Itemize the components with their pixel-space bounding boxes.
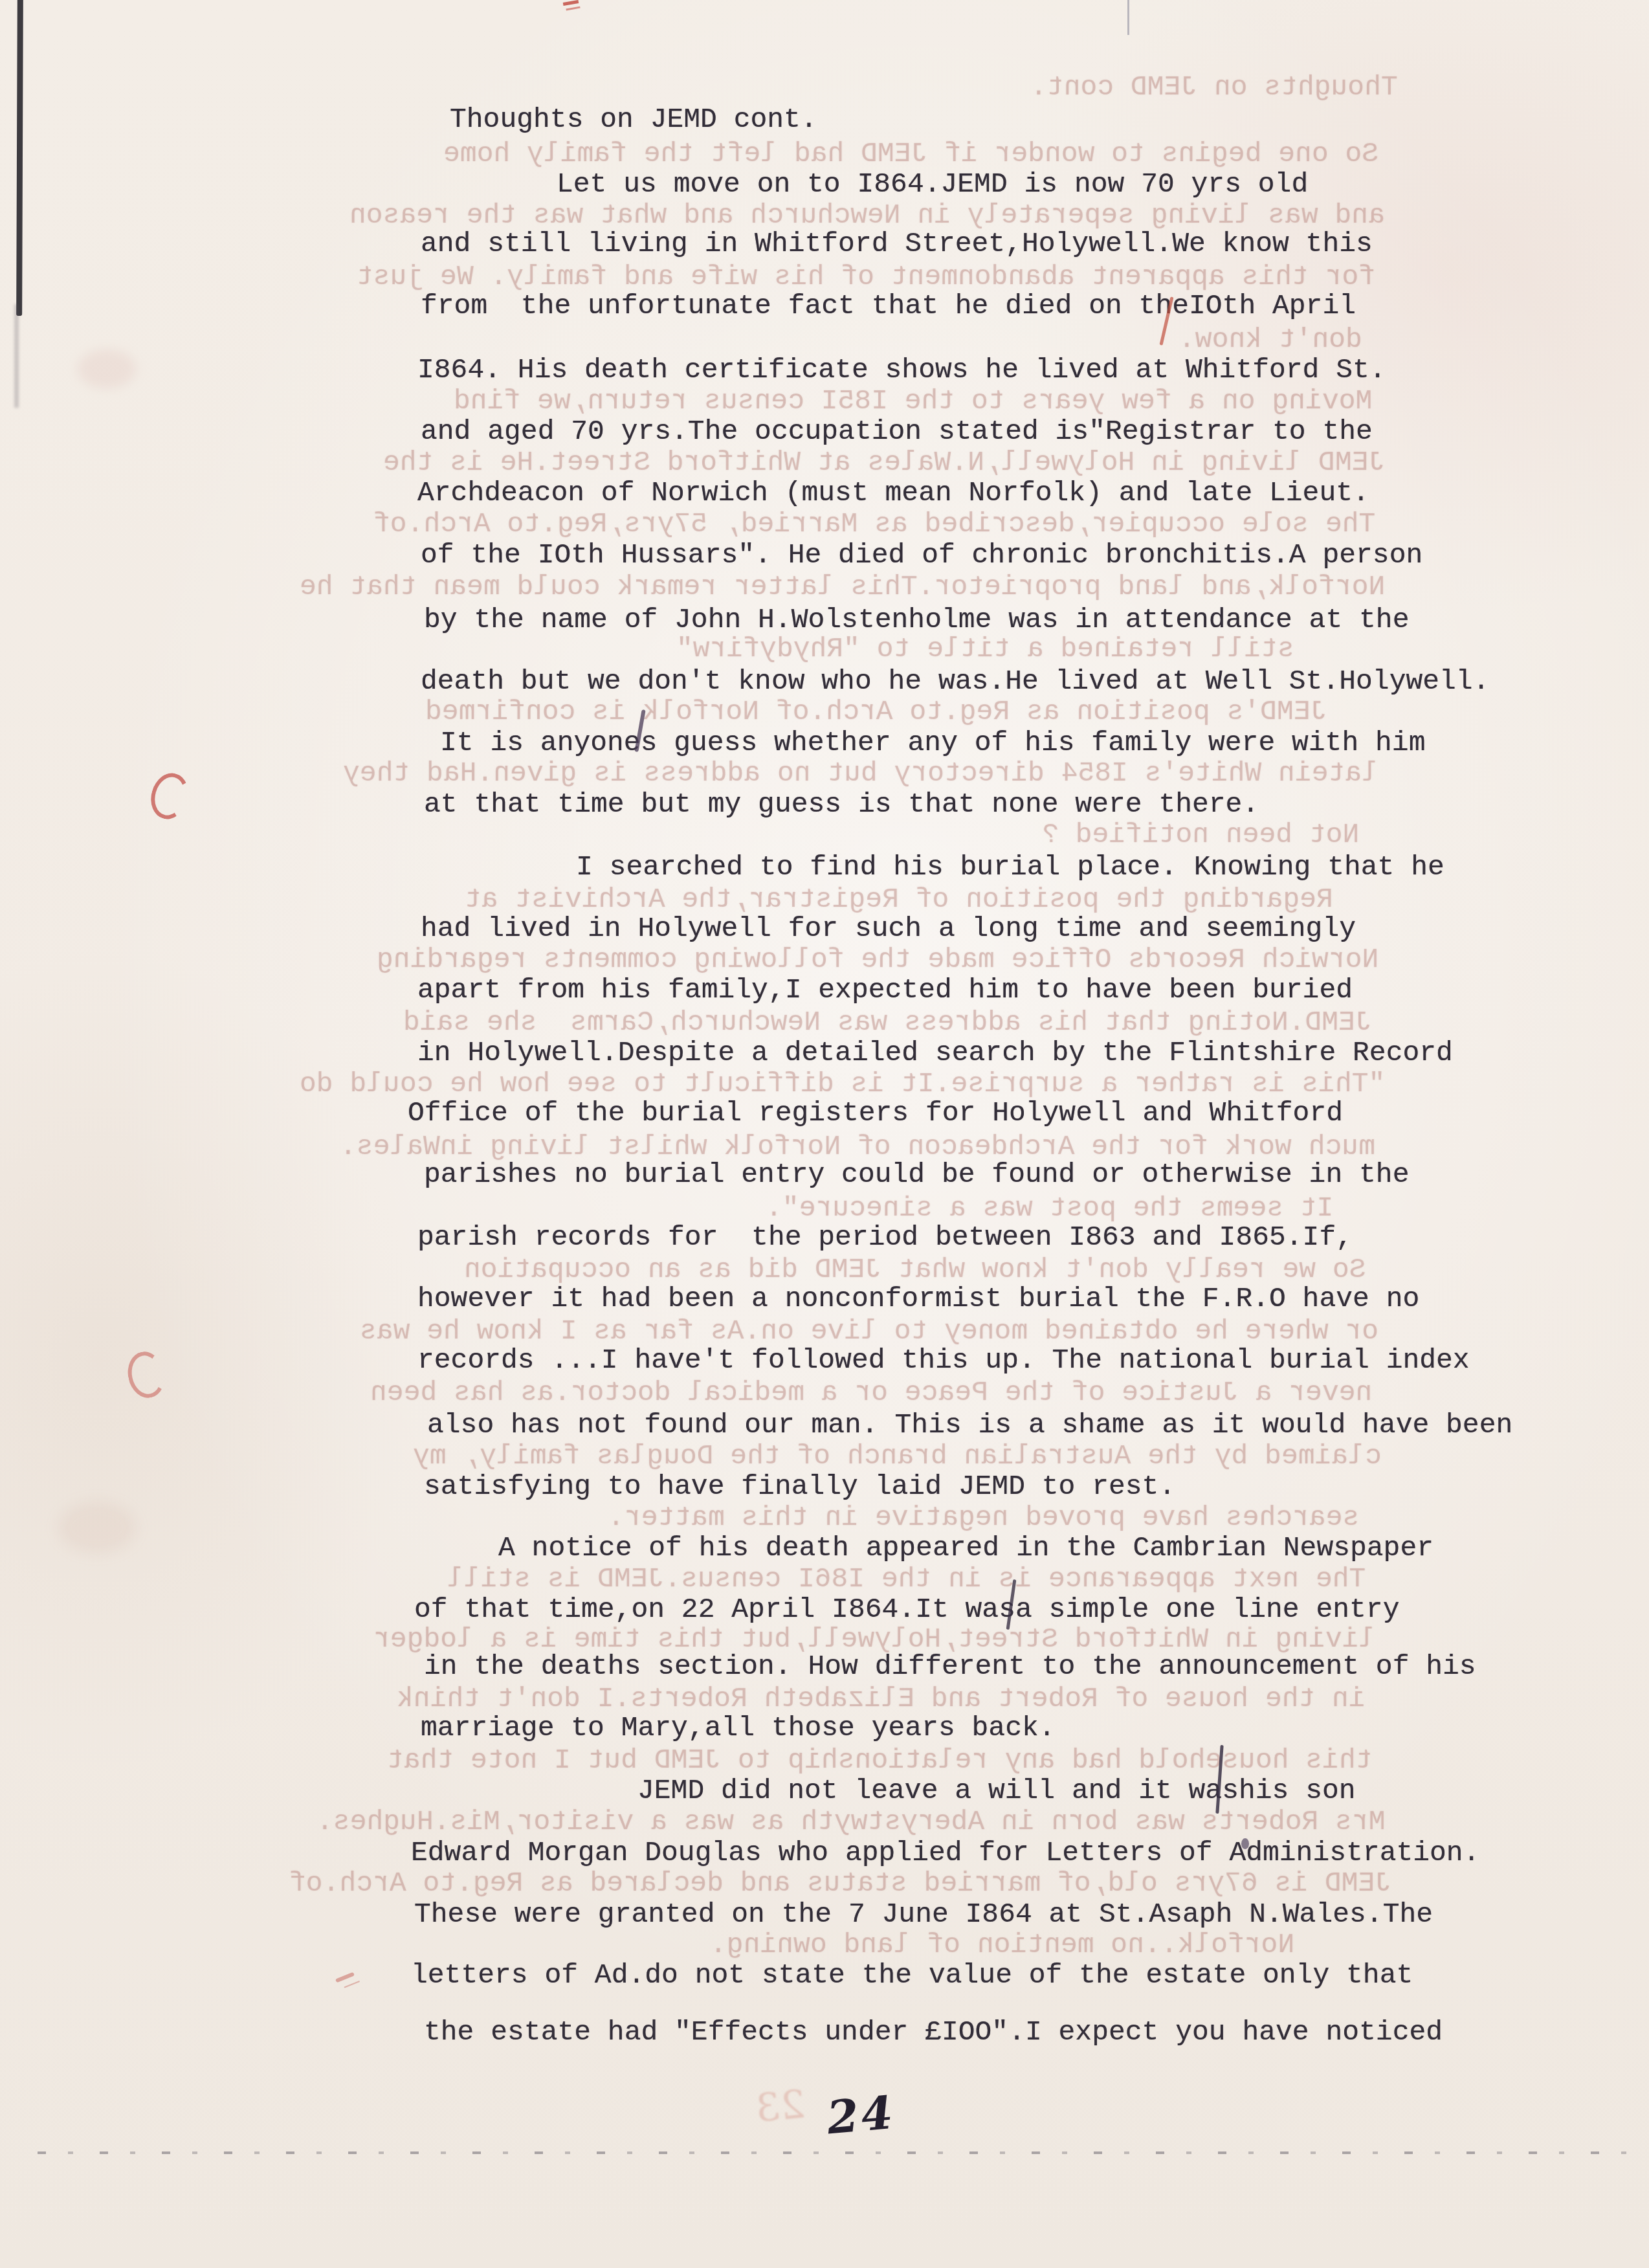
bleed-through-line: searches have proved negative in this ma… xyxy=(608,1500,1359,1535)
red-pen-c-mark xyxy=(124,1348,169,1401)
typed-line: by the name of John H.Wolstenholme was i… xyxy=(424,603,1409,638)
bleed-through-line: The sole occupier,described as Married, … xyxy=(373,507,1375,542)
typed-line: also has not found our man. This is a sh… xyxy=(427,1408,1512,1443)
paper-stain xyxy=(78,350,136,388)
typed-line: of the IOth Hussars". He died of chronic… xyxy=(421,538,1422,573)
bleed-through-line: So one begins to wonder if JEMD had left… xyxy=(443,137,1378,172)
bleed-through-line: Norfolk,and land proprietor.This latter … xyxy=(300,570,1385,605)
bleed-through-line: never a Justice of the Peace or a medica… xyxy=(370,1375,1372,1410)
bleed-through-line: Norfolk..no mention of land owning. xyxy=(710,1928,1294,1962)
red-pen-tick xyxy=(563,0,579,6)
typed-line: I864. His death certificate shows he liv… xyxy=(417,353,1386,388)
typed-line: records ...I have't followed this up. Th… xyxy=(417,1343,1470,1378)
bleed-through-line: JEMD.Noting that his address was Newchur… xyxy=(403,1005,1372,1040)
dotted-scan-line xyxy=(38,2151,1649,2154)
bleed-through-line: JEMD is 67yrs old,of married status and … xyxy=(289,1866,1391,1901)
bleed-through-line: Norwich Records Office made the followin… xyxy=(377,942,1378,977)
bleed-through-line: The next appearance is in the I86I censu… xyxy=(447,1562,1366,1597)
bleed-through-line: Not been notified ? xyxy=(1042,817,1359,852)
typed-line: satisfying to have finally laid JEMD to … xyxy=(424,1469,1175,1504)
page-heading: Thoughts on JEMD cont. xyxy=(450,102,817,137)
red-pen-squiggle xyxy=(335,1972,355,1983)
typed-line: A notice of his death appeared in the Ca… xyxy=(498,1531,1433,1566)
typed-line: had lived in Holywell for such a long ti… xyxy=(421,911,1356,946)
bleed-through-line: Moving on a few years to the I85I census… xyxy=(454,384,1372,419)
typed-line: Edward Morgan Douglas who applied for Le… xyxy=(411,1836,1479,1871)
paper-crease xyxy=(1127,0,1129,35)
bleed-through-line: this household had any relationship to J… xyxy=(387,1743,1372,1778)
typed-line: from the unfortunate fact that he died o… xyxy=(421,289,1356,324)
bleed-through-line: JEMD living in Holywell,N.Wales at Whitf… xyxy=(383,445,1385,480)
typed-line: Archdeacon of Norwich (must mean Norfolk… xyxy=(417,476,1369,511)
typed-line: letters of Ad.do not state the value of … xyxy=(411,1958,1413,1993)
typed-line: I searched to find his burial place. Kno… xyxy=(576,850,1444,885)
typed-line: marriage to Mary,all those years back. xyxy=(421,1711,1056,1746)
typed-line: and aged 70 yrs.The occupation stated is… xyxy=(421,414,1373,449)
scanner-edge-line xyxy=(16,0,23,316)
typed-line: in Holywell.Despite a detailed search by… xyxy=(417,1036,1453,1071)
paper-stain xyxy=(58,1502,136,1553)
typed-line: parish records for the period between I8… xyxy=(417,1220,1353,1255)
typed-line: parishes no burial entry could be found … xyxy=(424,1157,1409,1192)
bleed-through-page-number: 23 xyxy=(754,2082,808,2132)
bleed-through-line: JEMD's position as Reg.to Arch.of Norfol… xyxy=(425,695,1327,729)
bleed-through-line: Mrs Roberts was born in Aberystwyth as w… xyxy=(316,1805,1385,1840)
bleed-through-line: claimed by the Australian branch of the … xyxy=(413,1439,1382,1474)
typed-line: Office of the burial registers for Holyw… xyxy=(408,1096,1343,1131)
typed-line: JEMD did not leave a will and it washis … xyxy=(637,1773,1356,1808)
pen-ink-dot xyxy=(1241,1838,1249,1849)
typed-line: These were granted on the 7 June I864 at… xyxy=(414,1897,1433,1932)
typed-line: in the deaths section. How different to … xyxy=(424,1649,1476,1684)
bleed-through-line: Thoughts on JEMD cont. xyxy=(1030,70,1398,105)
page-number: 24 xyxy=(825,2085,898,2145)
typed-line: and still living in Whitford Street,Holy… xyxy=(421,227,1373,261)
document-page: Thoughts on JEMD cont.So one begins to w… xyxy=(0,0,1649,2268)
typed-line: of that time,on 22 April I864.It wasa si… xyxy=(414,1592,1399,1627)
scanner-edge-smudge xyxy=(14,304,19,408)
typed-line: death but we don't know who he was.He li… xyxy=(421,664,1489,699)
typed-line: at that time but my guess is that none w… xyxy=(424,787,1259,822)
bleed-through-line: latein White's I854 directory but no add… xyxy=(343,756,1378,791)
typed-line: the estate had "Effects under £IOO".I ex… xyxy=(424,2015,1443,2050)
typed-line: apart from his family,I expected him to … xyxy=(417,973,1353,1008)
typed-line: however it had been a nonconformist buri… xyxy=(417,1282,1419,1317)
bleed-through-line: don't know. xyxy=(1179,322,1362,357)
typed-line: Let us move on to I864.JEMD is now 70 yr… xyxy=(557,167,1308,202)
red-pen-c-mark xyxy=(146,769,194,824)
typed-line: It is anyones guess whether any of his f… xyxy=(440,726,1425,761)
